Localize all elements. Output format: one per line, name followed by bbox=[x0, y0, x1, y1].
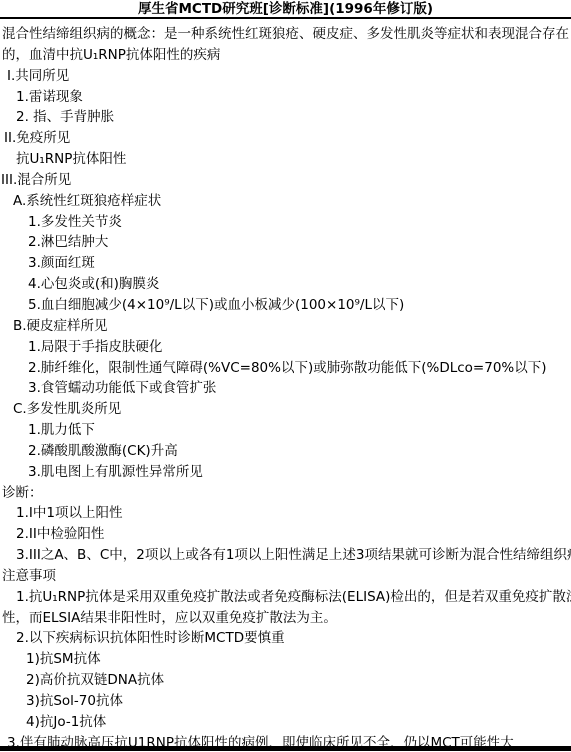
list-item: 2.磷酸肌酸激酶(CK)升高 bbox=[0, 441, 571, 462]
note-line: 2.以下疾病标识抗体阳性时诊断MCTD要慎重 bbox=[0, 628, 571, 649]
list-item: 2. 指、手背肿胀 bbox=[0, 107, 571, 128]
note-line: 性，而ELSIA结果非阳性时，应以双重免疫扩散法为主。 bbox=[0, 608, 571, 629]
list-item: 4.心包炎或(和)胸膜炎 bbox=[0, 274, 571, 295]
list-item: 1)抗SM抗体 bbox=[0, 649, 571, 670]
subsection-a-heading: A.系统性红斑狼疮样症状 bbox=[0, 191, 571, 212]
list-item: 3.食管蠕动功能低下或食管扩张 bbox=[0, 378, 571, 399]
list-item: 5.血白细胞减少(4×10⁹/L以下)或血小板减少(100×10⁹/L以下) bbox=[0, 295, 571, 316]
document-body: 混合性结缔组织病的概念：是一种系统性红斑狼疮、硬皮症、多发性肌炎等症状和表现混合… bbox=[0, 19, 571, 752]
list-item: 2)高价抗双链DNA抗体 bbox=[0, 670, 571, 691]
section-2-heading: II.免疫所见 bbox=[0, 128, 571, 149]
document-title: 厚生省MCTD研究班[诊断标准](1996年修订版) bbox=[0, 0, 571, 17]
diagnosis-heading: 诊断： bbox=[0, 483, 571, 504]
list-item: 1.雷诺现象 bbox=[0, 87, 571, 108]
note-line: 1.抗U₁RNP抗体是采用双重免疫扩散法或者免疫酶标法(ELISA)检出的，但是… bbox=[0, 587, 571, 608]
list-item: 3.颜面红斑 bbox=[0, 253, 571, 274]
subsection-b-heading: B.硬皮症样所见 bbox=[0, 316, 571, 337]
notes-heading: 注意事项 bbox=[0, 566, 571, 587]
list-item: 1.I中1项以上阳性 bbox=[0, 503, 571, 524]
bottom-border bbox=[0, 746, 571, 751]
list-item: 3.III之A、B、C中，2项以上或各有1项以上阳性满足上述3项结果就可诊断为混… bbox=[0, 545, 571, 566]
list-item: 3)抗Sol-70抗体 bbox=[0, 691, 571, 712]
document-page: 厚生省MCTD研究班[诊断标准](1996年修订版) 混合性结缔组织病的概念：是… bbox=[0, 0, 571, 752]
list-item: 3.肌电图上有肌源性异常所见 bbox=[0, 462, 571, 483]
subsection-c-heading: C.多发性肌炎所见 bbox=[0, 399, 571, 420]
list-item: 1.多发性关节炎 bbox=[0, 212, 571, 233]
list-item: 2.II中检验阳性 bbox=[0, 524, 571, 545]
section-3-heading: III.混合所见 bbox=[0, 170, 571, 191]
list-item: 2.淋巴结肿大 bbox=[0, 232, 571, 253]
list-item: 1.肌力低下 bbox=[0, 420, 571, 441]
intro-line: 混合性结缔组织病的概念：是一种系统性红斑狼疮、硬皮症、多发性肌炎等症状和表现混合… bbox=[0, 24, 571, 45]
list-item: 2.肺纤维化，限制性通气障碍(%VC=80%以下)或肺弥散功能低下(%DLco=… bbox=[0, 358, 571, 379]
list-item: 1.局限于手指皮肤硬化 bbox=[0, 337, 571, 358]
list-item: 抗U₁RNP抗体阳性 bbox=[0, 149, 571, 170]
list-item: 4)抗Jo-1抗体 bbox=[0, 712, 571, 733]
section-1-heading: I.共同所见 bbox=[0, 66, 571, 87]
intro-line: 的，血清中抗U₁RNP抗体阳性的疾病 bbox=[0, 45, 571, 66]
